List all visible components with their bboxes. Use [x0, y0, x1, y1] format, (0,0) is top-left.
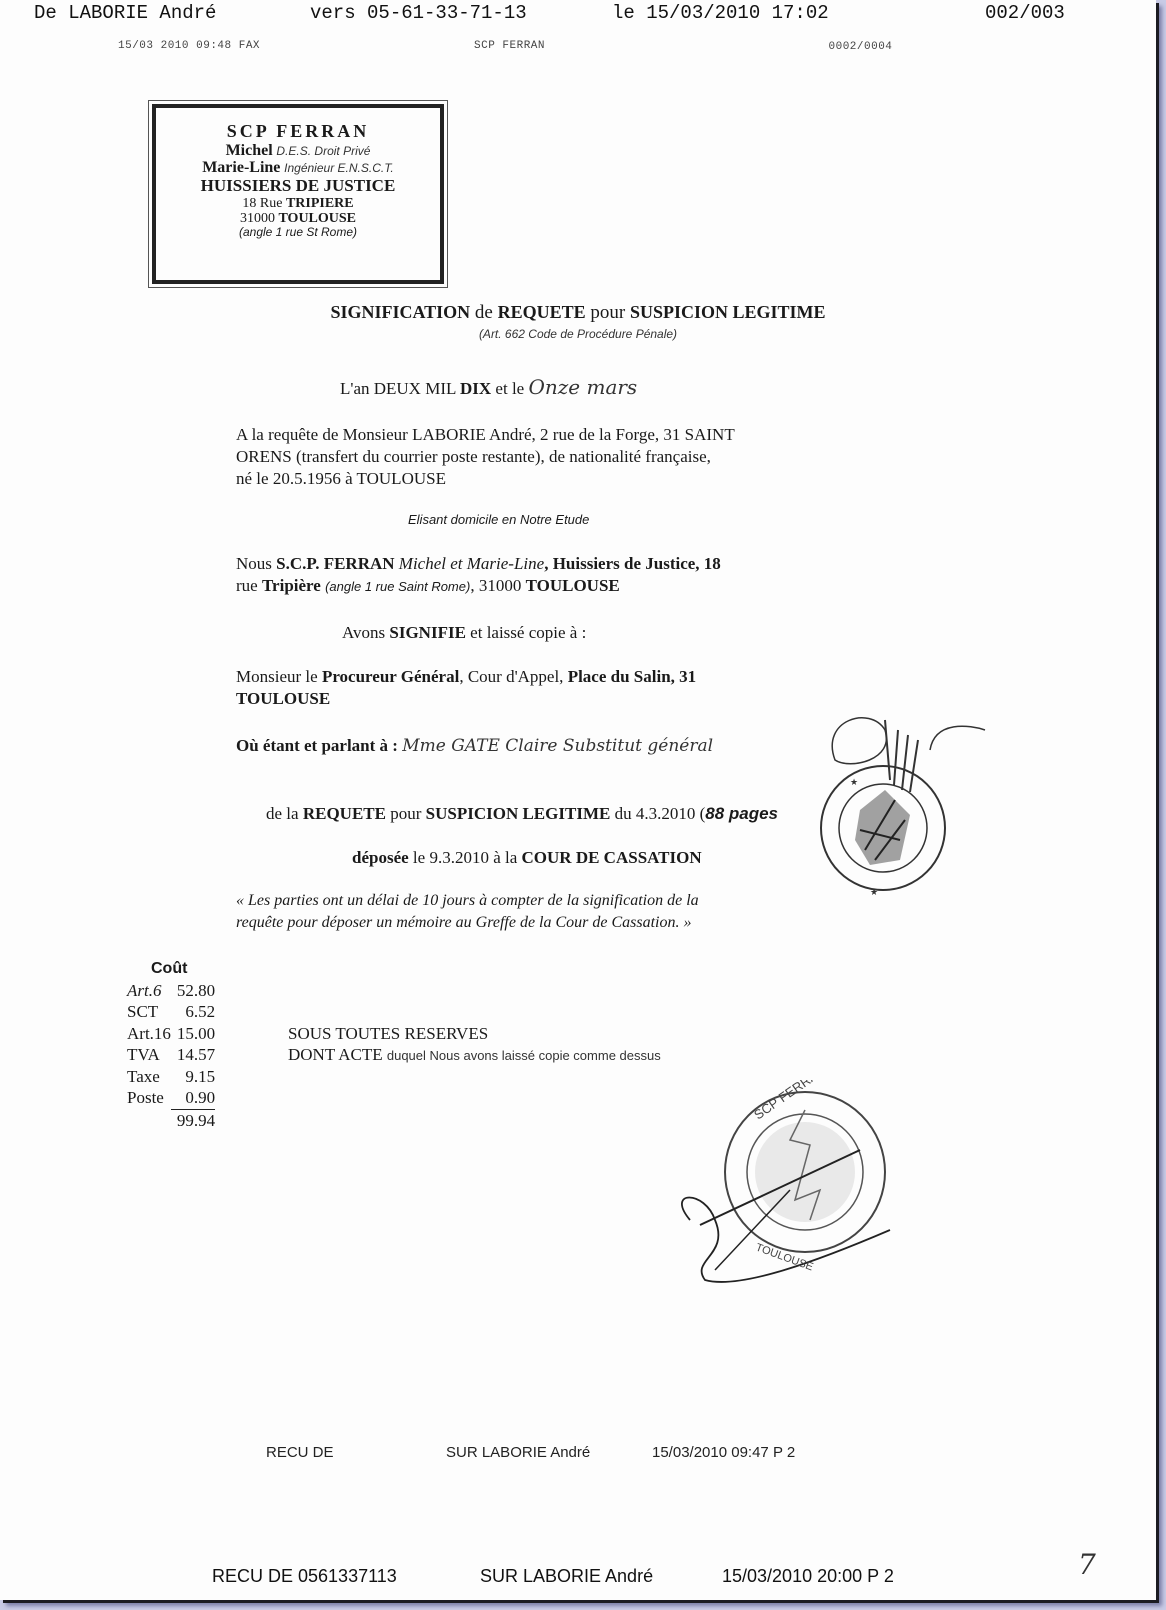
domicile-note: Elisant domicile en Notre Etude	[408, 512, 589, 527]
fax-from: De LABORIE André	[34, 2, 216, 24]
fax-to: vers 05-61-33-71-13	[310, 2, 527, 24]
fax-sub-sender: SCP FERRAN	[474, 40, 545, 52]
letterhead-partner2: Marie-Line Ingénieur E.N.S.C.T.	[156, 159, 440, 177]
svg-text:TOULOUSE: TOULOUSE	[754, 1242, 815, 1274]
partner2-title: Ingénieur E.N.S.C.T.	[284, 161, 394, 175]
document-title: SIGNIFICATION de REQUETE pour SUSPICION …	[0, 302, 1156, 324]
fax-page-count: 002/003	[985, 2, 1065, 24]
svg-text:★: ★	[850, 777, 858, 787]
receipt2-by: SUR LABORIE André	[480, 1566, 653, 1587]
letterhead-profession: HUISSIERS DE JUSTICE	[156, 177, 440, 196]
fax-sub-timestamp: 15/03 2010 09:48 FAX	[118, 40, 260, 52]
cost-total-row: 99.94	[127, 1109, 215, 1131]
cost-header: Coût	[127, 958, 215, 980]
request-line: de la REQUETE pour SUSPICION LEGITIME du…	[266, 803, 778, 825]
svg-text:★: ★	[870, 887, 878, 897]
receipt1-from: RECU DE	[266, 1444, 334, 1461]
receipt1-by: SUR LABORIE André	[446, 1444, 590, 1461]
legal-notice: « Les parties ont un délai de 10 jours à…	[236, 890, 699, 934]
bailiff-block: Nous S.C.P. FERRAN Michel et Marie-Line,…	[236, 553, 721, 598]
partner1-title: D.E.S. Droit Privé	[276, 144, 370, 158]
closing-block: SOUS TOUTES RESERVES DONT ACTE duquel No…	[288, 1023, 661, 1066]
letterhead-corner: (angle 1 rue St Rome)	[156, 226, 440, 239]
cost-total: 99.94	[171, 1109, 215, 1131]
handwritten-recipient: Mme GATE Claire Substitut général	[402, 736, 713, 756]
letterhead-city: 31000 TOULOUSE	[156, 211, 440, 226]
letterhead-firm: SCP FERRAN	[156, 122, 440, 142]
receipt2-date: 15/03/2010 20:00 P 2	[722, 1566, 894, 1587]
cost-table: Coût Art.652.80 SCT6.52 Art.1615.00 TVA1…	[127, 958, 215, 1131]
requester-block: A la requête de Monsieur LABORIE André, …	[236, 424, 735, 490]
cost-row: Taxe9.15	[127, 1066, 215, 1088]
handwritten-date: Onze mars	[528, 375, 637, 399]
letterhead-box: SCP FERRAN Michel D.E.S. Droit Privé Mar…	[152, 104, 444, 284]
cost-row: Poste0.90	[127, 1087, 215, 1109]
fax-date: le 15/03/2010 17:02	[612, 2, 829, 24]
handwritten-page-number: 7	[1078, 1548, 1096, 1581]
parquet-stamp-icon: ★ ★	[790, 700, 990, 900]
scp-ferran-stamp-icon: SCP FERRAN TOULOUSE	[660, 1080, 910, 1290]
speaking-to-line: Où étant et parlant à : Mme GATE Claire …	[236, 735, 713, 757]
fax-sub-page: ⑒0002/0004	[828, 40, 892, 53]
cost-row: Art.1615.00	[127, 1023, 215, 1045]
partner2-name: Marie-Line	[202, 159, 280, 176]
fax-page: De LABORIE André vers 05-61-33-71-13 le …	[0, 0, 1156, 1600]
document-subtitle: (Art. 662 Code de Procédure Pénale)	[0, 327, 1156, 341]
cost-row: TVA14.57	[127, 1044, 215, 1066]
letterhead-partner1: Michel D.E.S. Droit Privé	[156, 142, 440, 160]
receipt1-date: 15/03/2010 09:47 P 2	[652, 1444, 795, 1461]
cost-row: Art.652.80	[127, 980, 215, 1002]
date-line: L'an DEUX MIL DIX et le Onze mars	[340, 376, 637, 400]
letterhead-street: 18 Rue TRIPIERE	[156, 196, 440, 211]
recipient-block: Monsieur le Procureur Général, Cour d'Ap…	[236, 666, 696, 710]
receipt2-from: RECU DE 0561337113	[212, 1566, 397, 1587]
served-line: Avons SIGNIFIE et laissé copie à :	[342, 622, 586, 644]
partner1-name: Michel	[226, 142, 273, 159]
deposit-line: déposée le 9.3.2010 à la COUR DE CASSATI…	[352, 847, 702, 869]
cost-row: SCT6.52	[127, 1001, 215, 1023]
